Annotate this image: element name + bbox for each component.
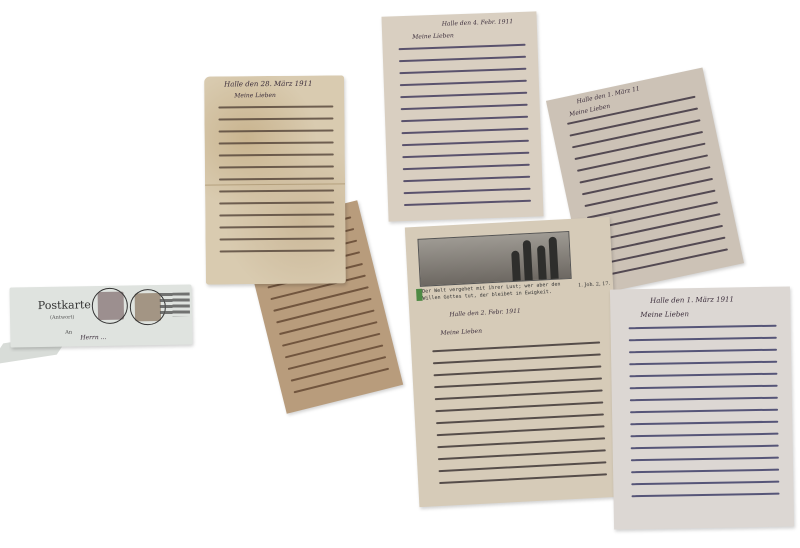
letter-heading: Halle den 4. Febr. 1911: [442, 18, 514, 27]
postcard-address-prefix: An: [65, 330, 72, 336]
handwriting-lines: [629, 325, 780, 508]
letter-salutation: Meine Lieben: [412, 32, 454, 40]
handwriting-lines: [432, 342, 607, 495]
landscape-illustration: [417, 231, 571, 287]
letter-march-1911-b: Halle den 1. März 1911 Meine Lieben: [610, 286, 794, 529]
letter-heading: Halle den 28. März 1911: [224, 80, 312, 89]
handwriting-lines: [398, 44, 531, 216]
postcard-subtitle: (Antwort): [50, 314, 75, 320]
letter-heading: Halle den 2. Febr. 1911: [449, 308, 521, 319]
letter-salutation: Meine Lieben: [234, 92, 276, 99]
postcard-addressee: Herrn ...: [80, 334, 106, 341]
postcard-title: Postkarte: [38, 298, 91, 312]
cancellation-bars-icon: [160, 292, 190, 317]
postcard: Postkarte (Antwort) An Herrn ...: [9, 284, 192, 347]
letter-salutation: Meine Lieben: [640, 310, 689, 319]
letter-heading: Halle den 1. März 1911: [650, 295, 734, 304]
letter-salutation: Meine Lieben: [440, 328, 482, 337]
illustrated-letter: Der Welt vergehet mit ihrer Lust; wer ab…: [405, 217, 624, 507]
letter-february-1911: Halle den 4. Febr. 1911 Meine Lieben: [381, 11, 543, 221]
verse-reference: 1. Joh. 2, 17.: [578, 281, 610, 289]
letter-march-1911: Halle den 28. März 1911 Meine Lieben: [204, 75, 346, 284]
